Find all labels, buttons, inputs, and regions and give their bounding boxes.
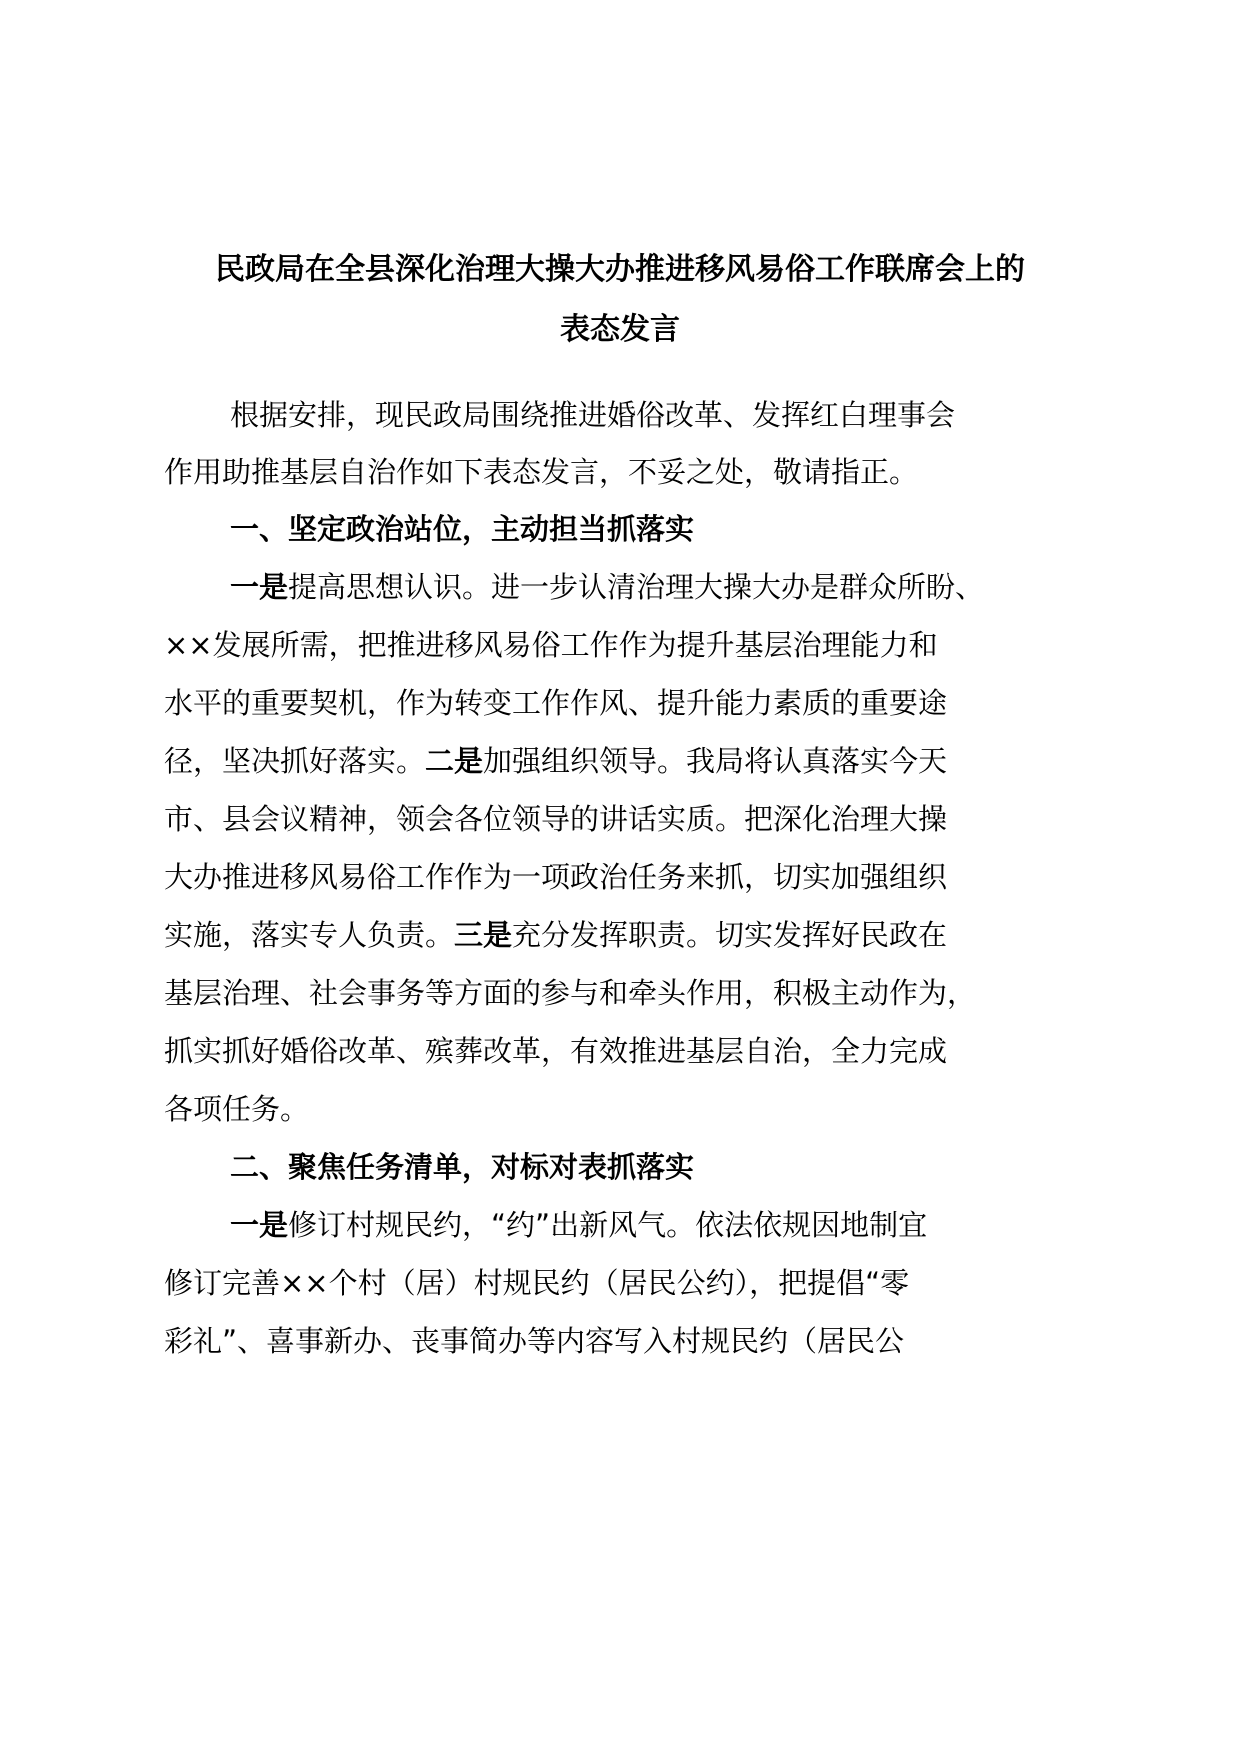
section1-heading: 一、坚定政治站位，主动担当抓落实 bbox=[164, 509, 1190, 549]
section2-paragraph-line-2: 修订完善××个村（居）村规民约（居民公约），把提倡“零 bbox=[164, 1263, 1124, 1303]
section1-paragraph-line-5: 市、县会议精神，领会各位领导的讲话实质。把深化治理大操 bbox=[164, 799, 1124, 839]
intro-line-2: 作用助推基层自治作如下表态发言，不妥之处，敬请指正。 bbox=[164, 452, 1124, 492]
section1-paragraph-line-4: 径，坚决抓好落实。二是加强组织领导。我局将认真落实今天 bbox=[164, 741, 1124, 781]
point-text: 实施，落实专人负责。 bbox=[164, 918, 454, 952]
section1-paragraph-line-6: 大办推进移风易俗工作作为一项政治任务来抓，切实加强组织 bbox=[164, 857, 1124, 897]
section1-paragraph-line-1: 一是提高思想认识。进一步认清治理大操大办是群众所盼、 bbox=[164, 567, 1190, 607]
section1-paragraph-line-9: 抓实抓好婚俗改革、殡葬改革，有效推进基层自治，全力完成 bbox=[164, 1031, 1124, 1071]
point-text: 径，坚决抓好落实。 bbox=[164, 744, 425, 778]
section1-paragraph-line-2: ××发展所需，把推进移风易俗工作作为提升基层治理能力和 bbox=[164, 625, 1124, 665]
point-text: 加强组织领导。我局将认真落实今天 bbox=[483, 744, 947, 778]
point-text: 充分发挥职责。切实发挥好民政在 bbox=[512, 918, 947, 952]
point-text: 提高思想认识。进一步认清治理大操大办是群众所盼、 bbox=[288, 570, 984, 604]
section1-paragraph-line-3: 水平的重要契机，作为转变工作作风、提升能力素质的重要途 bbox=[164, 683, 1124, 723]
document-page: 民政局在全县深化治理大操大办推进移风易俗工作联席会上的 表态发言 根据安排，现民… bbox=[0, 0, 1240, 1754]
section2-paragraph-line-3: 彩礼”、喜事新办、丧事简办等内容写入村规民约（居民公 bbox=[164, 1321, 1124, 1361]
section2-heading: 二、聚焦任务清单，对标对表抓落实 bbox=[164, 1147, 1190, 1187]
point-lead-1: 一是 bbox=[230, 1208, 288, 1242]
point-lead-1: 一是 bbox=[230, 570, 288, 604]
section2-paragraph-line-1: 一是修订村规民约，“约”出新风气。依法依规因地制宜 bbox=[164, 1205, 1190, 1245]
point-lead-3: 三是 bbox=[454, 918, 512, 952]
point-lead-2: 二是 bbox=[425, 744, 483, 778]
section1-paragraph-line-10: 各项任务。 bbox=[164, 1089, 1124, 1129]
document-title-line1: 民政局在全县深化治理大操大办推进移风易俗工作联席会上的 bbox=[0, 250, 1240, 290]
section1-paragraph-line-8: 基层治理、社会事务等方面的参与和牵头作用，积极主动作为， bbox=[164, 973, 1124, 1013]
point-text: 修订村规民约，“约”出新风气。依法依规因地制宜 bbox=[288, 1208, 927, 1242]
section1-paragraph-line-7: 实施，落实专人负责。三是充分发挥职责。切实发挥好民政在 bbox=[164, 915, 1124, 955]
document-title-line2: 表态发言 bbox=[0, 310, 1240, 350]
intro-line-1: 根据安排，现民政局围绕推进婚俗改革、发挥红白理事会 bbox=[164, 395, 1190, 435]
